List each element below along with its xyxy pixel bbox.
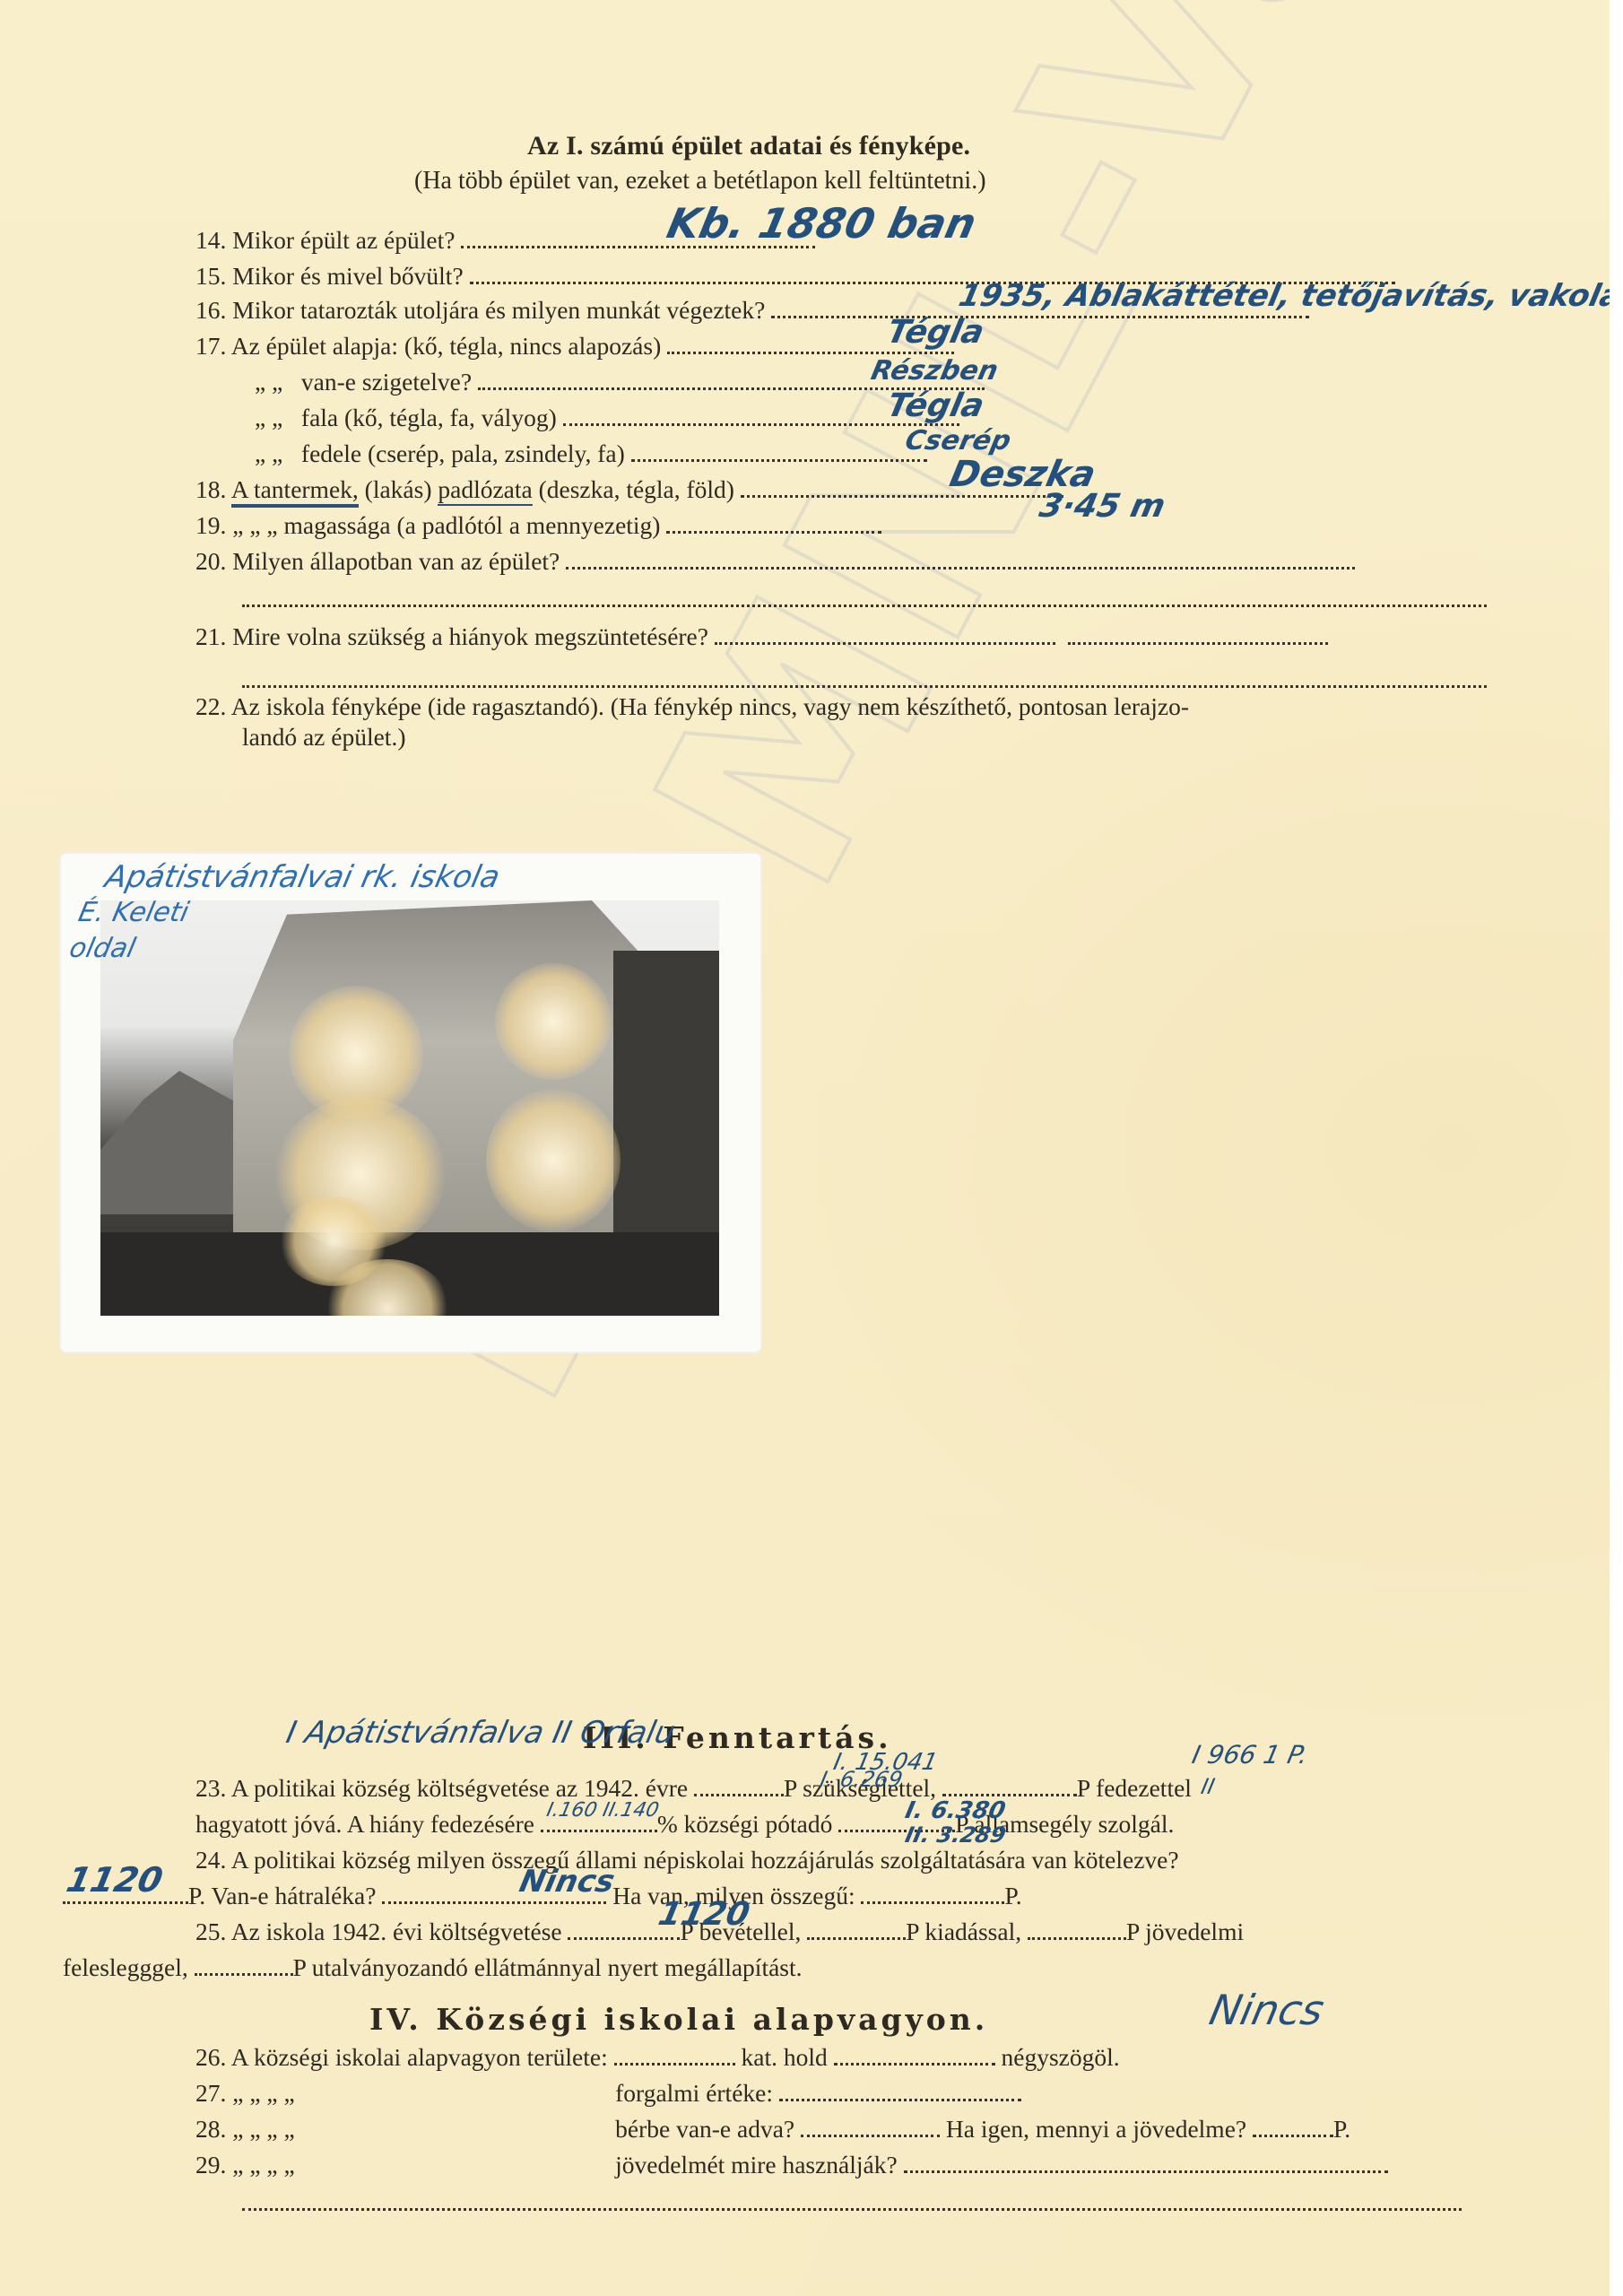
question-23-line2: hagyatott jóvá. A hiány fedezésére % köz… bbox=[195, 1810, 1174, 1839]
answer-line-20 bbox=[242, 585, 1487, 613]
q23-value4b: II. 3.289 bbox=[903, 1822, 1008, 1848]
answer-line-21 bbox=[242, 665, 1487, 694]
question-17-wall: „ „ fala (kő, tégla, fa, vályog) bbox=[255, 404, 959, 432]
question-24: 24. A politikai község milyen összegű ál… bbox=[195, 1846, 1179, 1874]
answer-14: Kb. 1880 ban bbox=[663, 199, 980, 248]
question-18: 18. A tantermek, (lakás) padlózata (desz… bbox=[195, 475, 1063, 504]
photo-caption-2: É. Keleti bbox=[75, 897, 191, 928]
question-17: 17. Az épület alapja: (kő, tégla, nincs … bbox=[195, 332, 954, 361]
answer-17-wall: Tégla bbox=[884, 387, 987, 424]
q23-value3: I.160 II.140 bbox=[544, 1799, 661, 1822]
document-page: HU-MNL-VaML Az I. számú épület adatai és… bbox=[0, 0, 1610, 2296]
answer-17-insulation: Részben bbox=[868, 355, 1001, 387]
answer-16: 1935, Ablakáttétel, tetőjavítás, vakolás bbox=[956, 278, 1623, 314]
school-photo: Apátistvánfalvai rk. iskola É. Keleti ol… bbox=[61, 854, 760, 1352]
answer-line-29 bbox=[242, 2188, 1462, 2217]
question-25-line2: feleslegggel, P utalványozandó ellátmánn… bbox=[63, 1953, 803, 1982]
q23-value4: I. 6.380 bbox=[903, 1797, 1008, 1824]
answer-17-foundation: Tégla bbox=[884, 314, 987, 351]
question-17-roof: „ „ fedele (cserép, pala, zsindely, fa) bbox=[255, 439, 927, 468]
question-28: 28. „ „ „ „ bérbe van-e adva? Ha igen, m… bbox=[195, 2115, 1350, 2144]
photo-caption-3: oldal bbox=[66, 933, 138, 964]
question-22: 22. Az iskola fényképe (ide ragasztandó)… bbox=[195, 692, 1189, 721]
q23-value2: II bbox=[1199, 1774, 1217, 1799]
page-subtitle: (Ha több épület van, ezeket a betétlapon… bbox=[414, 167, 986, 196]
section-4-handwritten: Nincs bbox=[1205, 1986, 1328, 2034]
question-23: 23. A politikai község költségvetése az … bbox=[195, 1774, 1192, 1803]
school-building-image bbox=[100, 900, 719, 1316]
question-22-cont: landó az épület.) bbox=[242, 723, 405, 752]
question-29: 29. „ „ „ „ jövedelmét mire használják? bbox=[195, 2151, 1388, 2179]
question-19: 19. „ „ „ magassága (a padlótól a mennye… bbox=[195, 511, 881, 540]
q23-value1: I. 6.269 bbox=[818, 1767, 905, 1792]
question-20: 20. Milyen állapotban van az épület? bbox=[195, 547, 1355, 576]
answer-17-roof: Cserép bbox=[902, 425, 1013, 457]
q24-value: 1120 bbox=[63, 1860, 166, 1900]
answer-19: 3·45 m bbox=[1037, 488, 1169, 525]
q25-value: 1120 bbox=[655, 1896, 753, 1933]
photo-caption-1: Apátistvánfalvai rk. iskola bbox=[102, 859, 503, 895]
section-4-heading: IV. Községi iskolai alapvagyon. bbox=[369, 2002, 988, 2037]
section-3-handwritten-note: I Apátistvánfalva II Orfalu bbox=[283, 1715, 679, 1751]
page-title: Az I. számú épület adatai és fényképe. bbox=[527, 131, 970, 161]
q23-value2-top: I 966 1 P. bbox=[1189, 1740, 1310, 1770]
question-21: 21. Mire volna szükség a hiányok megszün… bbox=[195, 622, 1328, 651]
question-27: 27. „ „ „ „ forgalmi értéke: bbox=[195, 2079, 1021, 2108]
q24-arrears: Nincs bbox=[516, 1864, 618, 1900]
scan-margin bbox=[1610, 0, 1623, 2296]
question-26: 26. A községi iskolai alapvagyon terület… bbox=[195, 2043, 1120, 2072]
